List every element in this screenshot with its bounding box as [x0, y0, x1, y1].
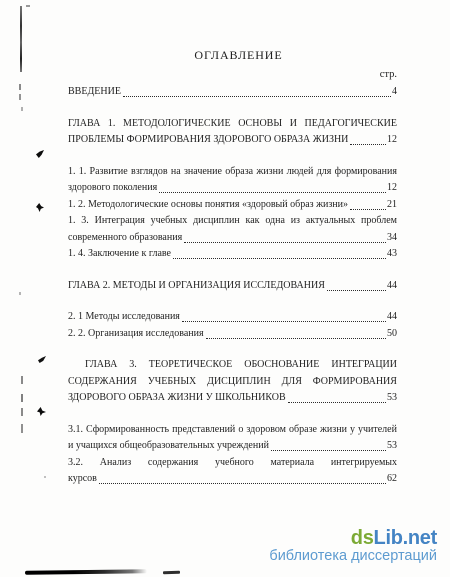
- toc-entry-line: СОДЕРЖАНИЯУЧЕБНЫХДИСЦИПЛИНДЛЯФОРМИРОВАНИ…: [68, 374, 397, 391]
- word: как: [246, 213, 260, 230]
- toc-entry-text: ВВЕДЕНИЕ: [68, 84, 121, 101]
- page-number: 53: [387, 390, 397, 407]
- toc-entry-final-line: 1. 4. Заключение к главе43: [68, 246, 397, 263]
- word: людей: [287, 164, 314, 181]
- word: содержания: [148, 455, 198, 472]
- toc-entry-glava-3: ГЛАВА3.ТЕОРЕТИЧЕСКОЕОБОСНОВАНИЕИНТЕГРАЦИ…: [68, 357, 397, 407]
- toc-entry-glava-1: ГЛАВА1.МЕТОДОЛОГИЧЕСКИЕОСНОВЫИПЕДАГОГИЧЕ…: [68, 116, 397, 149]
- logo-libnet: Lib.net: [374, 527, 437, 549]
- toc-entry-text: 2. 1 Методы исследования: [68, 309, 180, 326]
- toc-entry-final-line: ГЛАВА 2. МЕТОДЫ И ОРГАНИЗАЦИЯ ИССЛЕДОВАН…: [68, 278, 397, 295]
- toc-entry-final-line: ПРОБЛЕМЫ ФОРМИРОВАНИЯ ЗДОРОВОГО ОБРАЗА Ж…: [68, 132, 397, 149]
- logo-ds: ds: [351, 527, 374, 549]
- toc-entry-text: современного образования: [68, 230, 182, 247]
- scan-artifact: [26, 5, 30, 7]
- toc-entry-razdel-3-2: 3.2.Анализсодержанияучебногоматериалаинт…: [68, 455, 397, 488]
- scan-artifact: [20, 6, 22, 72]
- page-number: 53: [387, 438, 397, 455]
- word: для: [317, 164, 332, 181]
- toc-entry-glava-2: ГЛАВА 2. МЕТОДЫ И ОРГАНИЗАЦИЯ ИССЛЕДОВАН…: [68, 278, 397, 295]
- scan-artifact: [36, 150, 44, 158]
- word: ПЕДАГОГИЧЕСКИЕ: [305, 116, 397, 133]
- scan-artifact: [38, 356, 46, 363]
- page-number: 62: [387, 471, 397, 488]
- word: 1.: [79, 164, 87, 181]
- toc-entry-text: курсов: [68, 471, 97, 488]
- toc-entry-text: ЗДОРОВОГО ОБРАЗА ЖИЗНИ У ШКОЛЬНИКОВ: [68, 390, 286, 407]
- dot-leader: [173, 258, 386, 259]
- word: формирования: [335, 164, 397, 181]
- dot-leader: [327, 290, 386, 291]
- word: одна: [265, 213, 285, 230]
- toc-entry-razdel-2-1: 2. 1 Методы исследования44: [68, 309, 397, 326]
- page-number: 21: [387, 197, 397, 214]
- toc-entry-line: 3.2.Анализсодержанияучебногоматериалаинт…: [68, 455, 397, 472]
- word: 1.: [108, 116, 116, 133]
- dslib-subtitle: библиотека диссертаций: [269, 548, 437, 564]
- toc-entry-vvedenie: ВВЕДЕНИЕ4: [68, 84, 397, 101]
- word: Интеграция: [95, 213, 145, 230]
- word: о: [238, 422, 243, 439]
- scan-artifact: [21, 394, 23, 402]
- page-column-label: стр.: [68, 66, 397, 83]
- word: здоровом: [246, 422, 286, 439]
- dot-leader: [182, 321, 386, 322]
- toc-entry-razdel-2-2: 2. 2. Организация исследования50: [68, 326, 397, 343]
- toc-entry-final-line: ВВЕДЕНИЕ4: [68, 84, 397, 101]
- toc-entry-final-line: 2. 1 Методы исследования44: [68, 309, 397, 326]
- dot-leader: [271, 450, 386, 451]
- toc-entry-text: здорового поколения: [68, 180, 157, 197]
- word: 3.2.: [68, 455, 83, 472]
- dot-leader: [123, 96, 391, 97]
- word: Анализ: [100, 455, 131, 472]
- word: ГЛАВА: [68, 116, 100, 133]
- word: взглядов: [131, 164, 168, 181]
- scan-artifact: [19, 292, 21, 295]
- word: Сформированность: [86, 422, 169, 439]
- word: значение: [184, 164, 222, 181]
- toc-list: ВВЕДЕНИЕ4ГЛАВА1.МЕТОДОЛОГИЧЕСКИЕОСНОВЫИП…: [68, 84, 397, 488]
- scan-artifact: [19, 94, 21, 100]
- dslib-watermark: dsLib.net библиотека диссертаций: [269, 528, 437, 564]
- word: учителей: [358, 422, 397, 439]
- word: ОСНОВЫ: [238, 116, 282, 133]
- dot-leader: [206, 338, 386, 339]
- word: учебных: [151, 213, 188, 230]
- word: учебного: [215, 455, 254, 472]
- word: 3.: [129, 357, 137, 374]
- dot-leader: [159, 192, 386, 193]
- dot-leader: [350, 144, 386, 145]
- toc-entry-final-line: здорового поколения12: [68, 180, 397, 197]
- word: 1.: [68, 164, 76, 181]
- page-number: 43: [387, 246, 397, 263]
- dslib-logo: dsLib.net: [269, 528, 437, 548]
- page-title: ОГЛАВЛЕНИЕ: [68, 47, 397, 64]
- page-number: 12: [387, 180, 397, 197]
- word: 1.: [68, 213, 76, 230]
- word: ДЛЯ: [282, 374, 302, 391]
- page-number: 12: [387, 132, 397, 149]
- toc-entry-razdel-1-3: 1.3.Интеграцияучебныхдисциплинкакоднаиза…: [68, 213, 397, 246]
- word: ФОРМИРОВАНИЯ: [313, 374, 397, 391]
- scan-artifact: [37, 407, 46, 416]
- page-number: 34: [387, 230, 397, 247]
- scan-artifact: [19, 84, 21, 90]
- word: ТЕОРЕТИЧЕСКОЕ: [149, 357, 232, 374]
- toc-entry-final-line: современного образования34: [68, 230, 397, 247]
- dot-leader: [350, 209, 386, 210]
- word: интегрируемых: [331, 455, 397, 472]
- toc-entry-text: ГЛАВА 2. МЕТОДЫ И ОРГАНИЗАЦИЯ ИССЛЕДОВАН…: [68, 278, 325, 295]
- word: проблем: [361, 213, 397, 230]
- toc-entry-text: 1. 4. Заключение к главе: [68, 246, 171, 263]
- dot-leader: [99, 483, 386, 484]
- scan-artifact: [21, 408, 23, 416]
- page-number: 4: [392, 84, 397, 101]
- toc-entry-text: ПРОБЛЕМЫ ФОРМИРОВАНИЯ ЗДОРОВОГО ОБРАЗА Ж…: [68, 132, 348, 149]
- word: материала: [271, 455, 315, 472]
- word: МЕТОДОЛОГИЧЕСКИЕ: [123, 116, 231, 133]
- word: ОБОСНОВАНИЕ: [244, 357, 319, 374]
- toc-content: ОГЛАВЛЕНИЕ стр. ВВЕДЕНИЕ4ГЛАВА1.МЕТОДОЛО…: [68, 47, 397, 488]
- word: ДИСЦИПЛИН: [207, 374, 271, 391]
- toc-entry-text: 2. 2. Организация исследования: [68, 326, 204, 343]
- toc-entry-final-line: курсов62: [68, 471, 397, 488]
- word: образа: [225, 164, 253, 181]
- page-number: 44: [387, 309, 397, 326]
- dot-leader: [288, 402, 386, 403]
- word: УЧЕБНЫХ: [148, 374, 197, 391]
- word: образе: [289, 422, 317, 439]
- scanned-toc-page: ОГЛАВЛЕНИЕ стр. ВВЕДЕНИЕ4ГЛАВА1.МЕТОДОЛО…: [0, 0, 450, 577]
- scan-artifact: [21, 376, 23, 384]
- page-number: 44: [387, 278, 397, 295]
- word: ГЛАВА: [85, 357, 117, 374]
- word: И: [290, 116, 297, 133]
- word: представлений: [172, 422, 235, 439]
- word: Развитие: [90, 164, 128, 181]
- toc-entry-text: и учащихся общеобразовательных учреждени…: [68, 438, 269, 455]
- scan-artifact: [44, 476, 46, 478]
- toc-entry-line: ГЛАВА1.МЕТОДОЛОГИЧЕСКИЕОСНОВЫИПЕДАГОГИЧЕ…: [68, 116, 397, 133]
- word: СОДЕРЖАНИЯ: [68, 374, 137, 391]
- toc-entry-final-line: и учащихся общеобразовательных учреждени…: [68, 438, 397, 455]
- page-number: 50: [387, 326, 397, 343]
- word: дисциплин: [193, 213, 240, 230]
- word: 3.1.: [68, 422, 83, 439]
- toc-entry-final-line: 2. 2. Организация исследования50: [68, 326, 397, 343]
- toc-entry-final-line: ЗДОРОВОГО ОБРАЗА ЖИЗНИ У ШКОЛЬНИКОВ53: [68, 390, 397, 407]
- toc-entry-razdel-3-1: 3.1.Сформированностьпредставленийоздоров…: [68, 422, 397, 455]
- scan-artifact: [21, 424, 23, 433]
- toc-entry-text: 1. 2. Методологические основы понятия «з…: [68, 197, 348, 214]
- dot-leader: [184, 242, 386, 243]
- scan-artifact: [163, 571, 180, 574]
- toc-entry-line: 3.1.Сформированностьпредставленийоздоров…: [68, 422, 397, 439]
- word: из: [291, 213, 300, 230]
- word: жизни: [256, 164, 283, 181]
- toc-entry-razdel-1-2: 1. 2. Методологические основы понятия «з…: [68, 197, 397, 214]
- scan-artifact: [21, 107, 23, 111]
- toc-entry-line: ГЛАВА3.ТЕОРЕТИЧЕСКОЕОБОСНОВАНИЕИНТЕГРАЦИ…: [68, 357, 397, 374]
- word: на: [171, 164, 181, 181]
- toc-entry-final-line: 1. 2. Методологические основы понятия «з…: [68, 197, 397, 214]
- toc-entry-razdel-1-4: 1. 4. Заключение к главе43: [68, 246, 397, 263]
- scan-artifact: [25, 569, 147, 574]
- word: ИНТЕГРАЦИИ: [331, 357, 397, 374]
- word: актуальных: [306, 213, 355, 230]
- toc-entry-line: 1.1.Развитиевзглядовназначениеобразажизн…: [68, 164, 397, 181]
- word: жизни: [320, 422, 347, 439]
- scan-artifact: [36, 203, 44, 212]
- word: 3.: [81, 213, 89, 230]
- toc-entry-razdel-1-1: 1.1.Развитиевзглядовназначениеобразажизн…: [68, 164, 397, 197]
- word: у: [350, 422, 355, 439]
- toc-entry-line: 1.3.Интеграцияучебныхдисциплинкакоднаиза…: [68, 213, 397, 230]
